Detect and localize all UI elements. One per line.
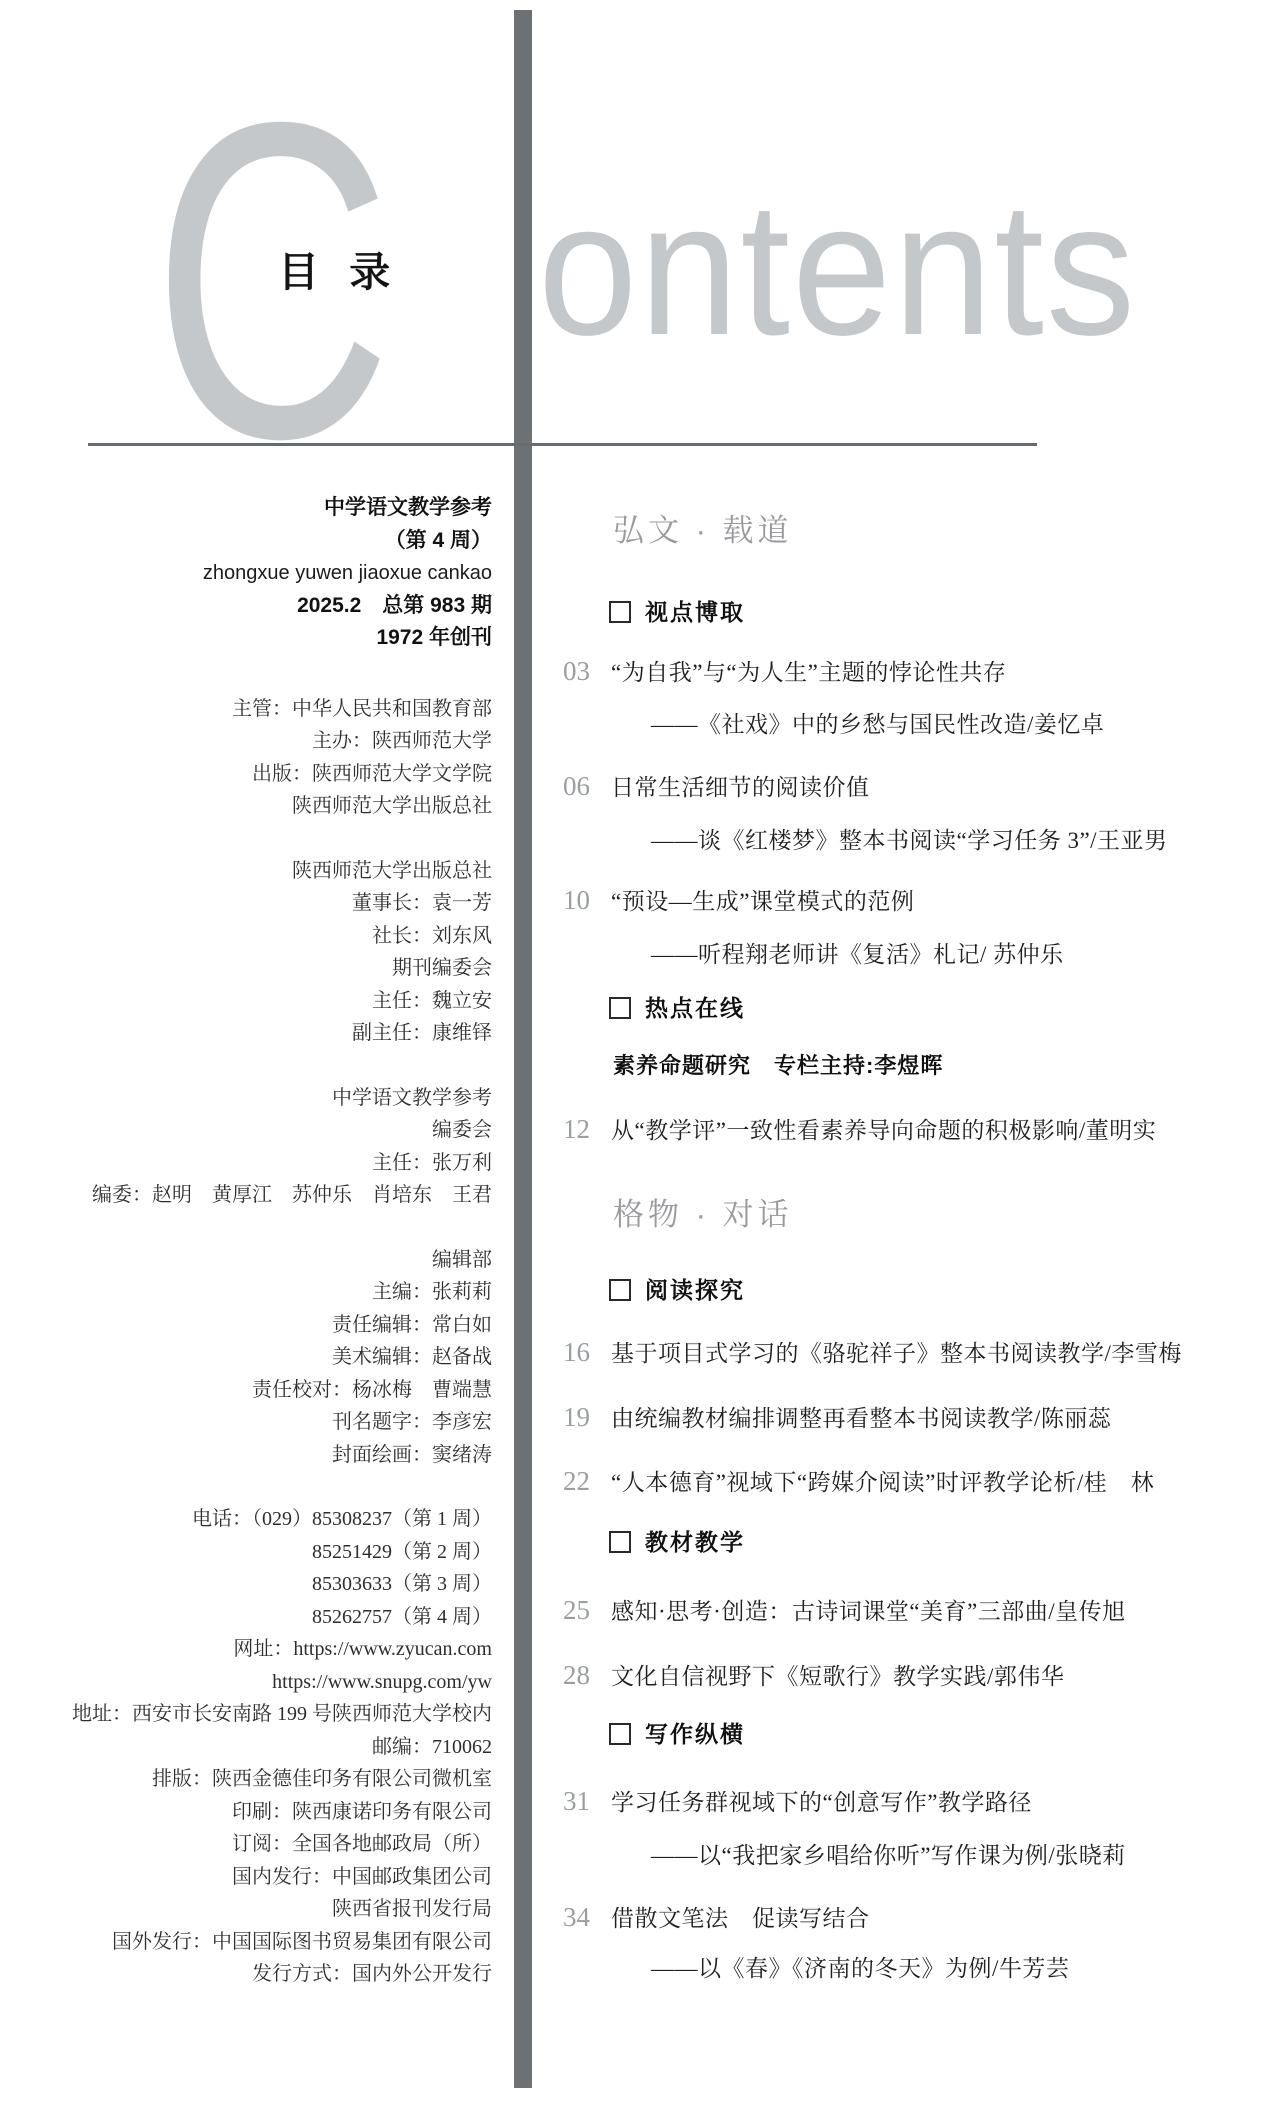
toc-column: 弘文 · 载道 视点博取 03“为自我”与“为人生”主题的悖论性共存 ——《社戏… — [0, 0, 1280, 2108]
article-title: 文化自信视野下《短歌行》教学实践/郭伟华 — [611, 1664, 1064, 1689]
page-number: 25 — [563, 1595, 611, 1625]
square-bullet-icon — [609, 601, 631, 623]
article-title: 日常生活细节的阅读价值 — [611, 775, 870, 800]
page-number: 34 — [563, 1902, 611, 1932]
section-header-hongwen-zaidao: 弘文 · 载道 — [613, 512, 793, 550]
page-number: 28 — [563, 1660, 611, 1690]
article-title: “人本德育”视域下“跨媒介阅读”时评教学论析/桂 林 — [611, 1470, 1154, 1495]
page-number: 06 — [563, 771, 611, 801]
article-subtitle: ——听程翔老师讲《复活》札记/ 苏仲乐 — [651, 940, 1064, 970]
square-bullet-icon — [609, 997, 631, 1019]
subsection-label: 热点在线 — [645, 994, 745, 1022]
toc-entry-16: 16基于项目式学习的《骆驼祥子》整本书阅读教学/李雪梅 — [563, 1337, 1182, 1369]
subsection-label: 写作纵横 — [645, 1720, 745, 1748]
page-number: 12 — [563, 1114, 611, 1144]
square-bullet-icon — [609, 1723, 631, 1745]
article-title: 感知·思考·创造：古诗词课堂“美育”三部曲/皇传旭 — [611, 1599, 1126, 1624]
page-number: 16 — [563, 1337, 611, 1367]
article-subtitle: ——以《春》《济南的冬天》为例/牛芳芸 — [651, 1954, 1069, 1984]
article-title: “为自我”与“为人生”主题的悖论性共存 — [611, 660, 1006, 685]
page-number: 22 — [563, 1466, 611, 1496]
article-title: 从“教学评”一致性看素养导向命题的积极影响/董明实 — [611, 1118, 1156, 1143]
page-number: 10 — [563, 885, 611, 915]
subsection-hot-topics: 热点在线 — [609, 994, 745, 1022]
toc-entry-03: 03“为自我”与“为人生”主题的悖论性共存 — [563, 656, 1006, 688]
toc-entry-19: 19由统编教材编排调整再看整本书阅读教学/陈丽蕊 — [563, 1402, 1111, 1434]
page-number: 31 — [563, 1786, 611, 1816]
article-subtitle: ——谈《红楼梦》整本书阅读“学习任务 3”/王亚男 — [651, 826, 1168, 856]
subsection-label: 教材教学 — [645, 1528, 745, 1556]
square-bullet-icon — [609, 1531, 631, 1553]
subsection-viewpoints: 视点博取 — [609, 598, 745, 626]
contents-page: { "masthead": { "c_letter": "C", "title_… — [0, 0, 1280, 2108]
subsection-label: 视点博取 — [645, 598, 745, 626]
subsection-textbook-teaching: 教材教学 — [609, 1528, 745, 1556]
subsection-writing: 写作纵横 — [609, 1720, 745, 1748]
page-number: 19 — [563, 1402, 611, 1432]
toc-entry-25: 25感知·思考·创造：古诗词课堂“美育”三部曲/皇传旭 — [563, 1595, 1126, 1627]
toc-entry-34: 34借散文笔法 促读写结合 — [563, 1902, 870, 1934]
toc-entry-10: 10“预设—生成”课堂模式的范例 — [563, 885, 914, 917]
subsection-label: 阅读探究 — [645, 1276, 745, 1304]
toc-entry-06: 06日常生活细节的阅读价值 — [563, 771, 870, 803]
toc-entry-31: 31学习任务群视域下的“创意写作”教学路径 — [563, 1786, 1032, 1818]
toc-entry-28: 28文化自信视野下《短歌行》教学实践/郭伟华 — [563, 1660, 1064, 1692]
article-title: 学习任务群视域下的“创意写作”教学路径 — [611, 1790, 1032, 1815]
article-title: 由统编教材编排调整再看整本书阅读教学/陈丽蕊 — [611, 1406, 1111, 1431]
subsection-reading-research: 阅读探究 — [609, 1276, 745, 1304]
article-subtitle: ——以“我把家乡唱给你听”写作课为例/张晓莉 — [651, 1841, 1126, 1871]
column-host-line: 素养命题研究 专栏主持:李煜晖 — [613, 1052, 943, 1080]
article-subtitle: ——《社戏》中的乡愁与国民性改造/姜忆卓 — [651, 710, 1104, 740]
toc-entry-22: 22“人本德育”视域下“跨媒介阅读”时评教学论析/桂 林 — [563, 1466, 1154, 1498]
article-title: 基于项目式学习的《骆驼祥子》整本书阅读教学/李雪梅 — [611, 1341, 1182, 1366]
toc-entry-12: 12从“教学评”一致性看素养导向命题的积极影响/董明实 — [563, 1114, 1156, 1146]
section-header-gewu-duihua: 格物 · 对话 — [613, 1196, 793, 1234]
square-bullet-icon — [609, 1279, 631, 1301]
page-number: 03 — [563, 656, 611, 686]
article-title: 借散文笔法 促读写结合 — [611, 1906, 870, 1931]
article-title: “预设—生成”课堂模式的范例 — [611, 889, 914, 914]
